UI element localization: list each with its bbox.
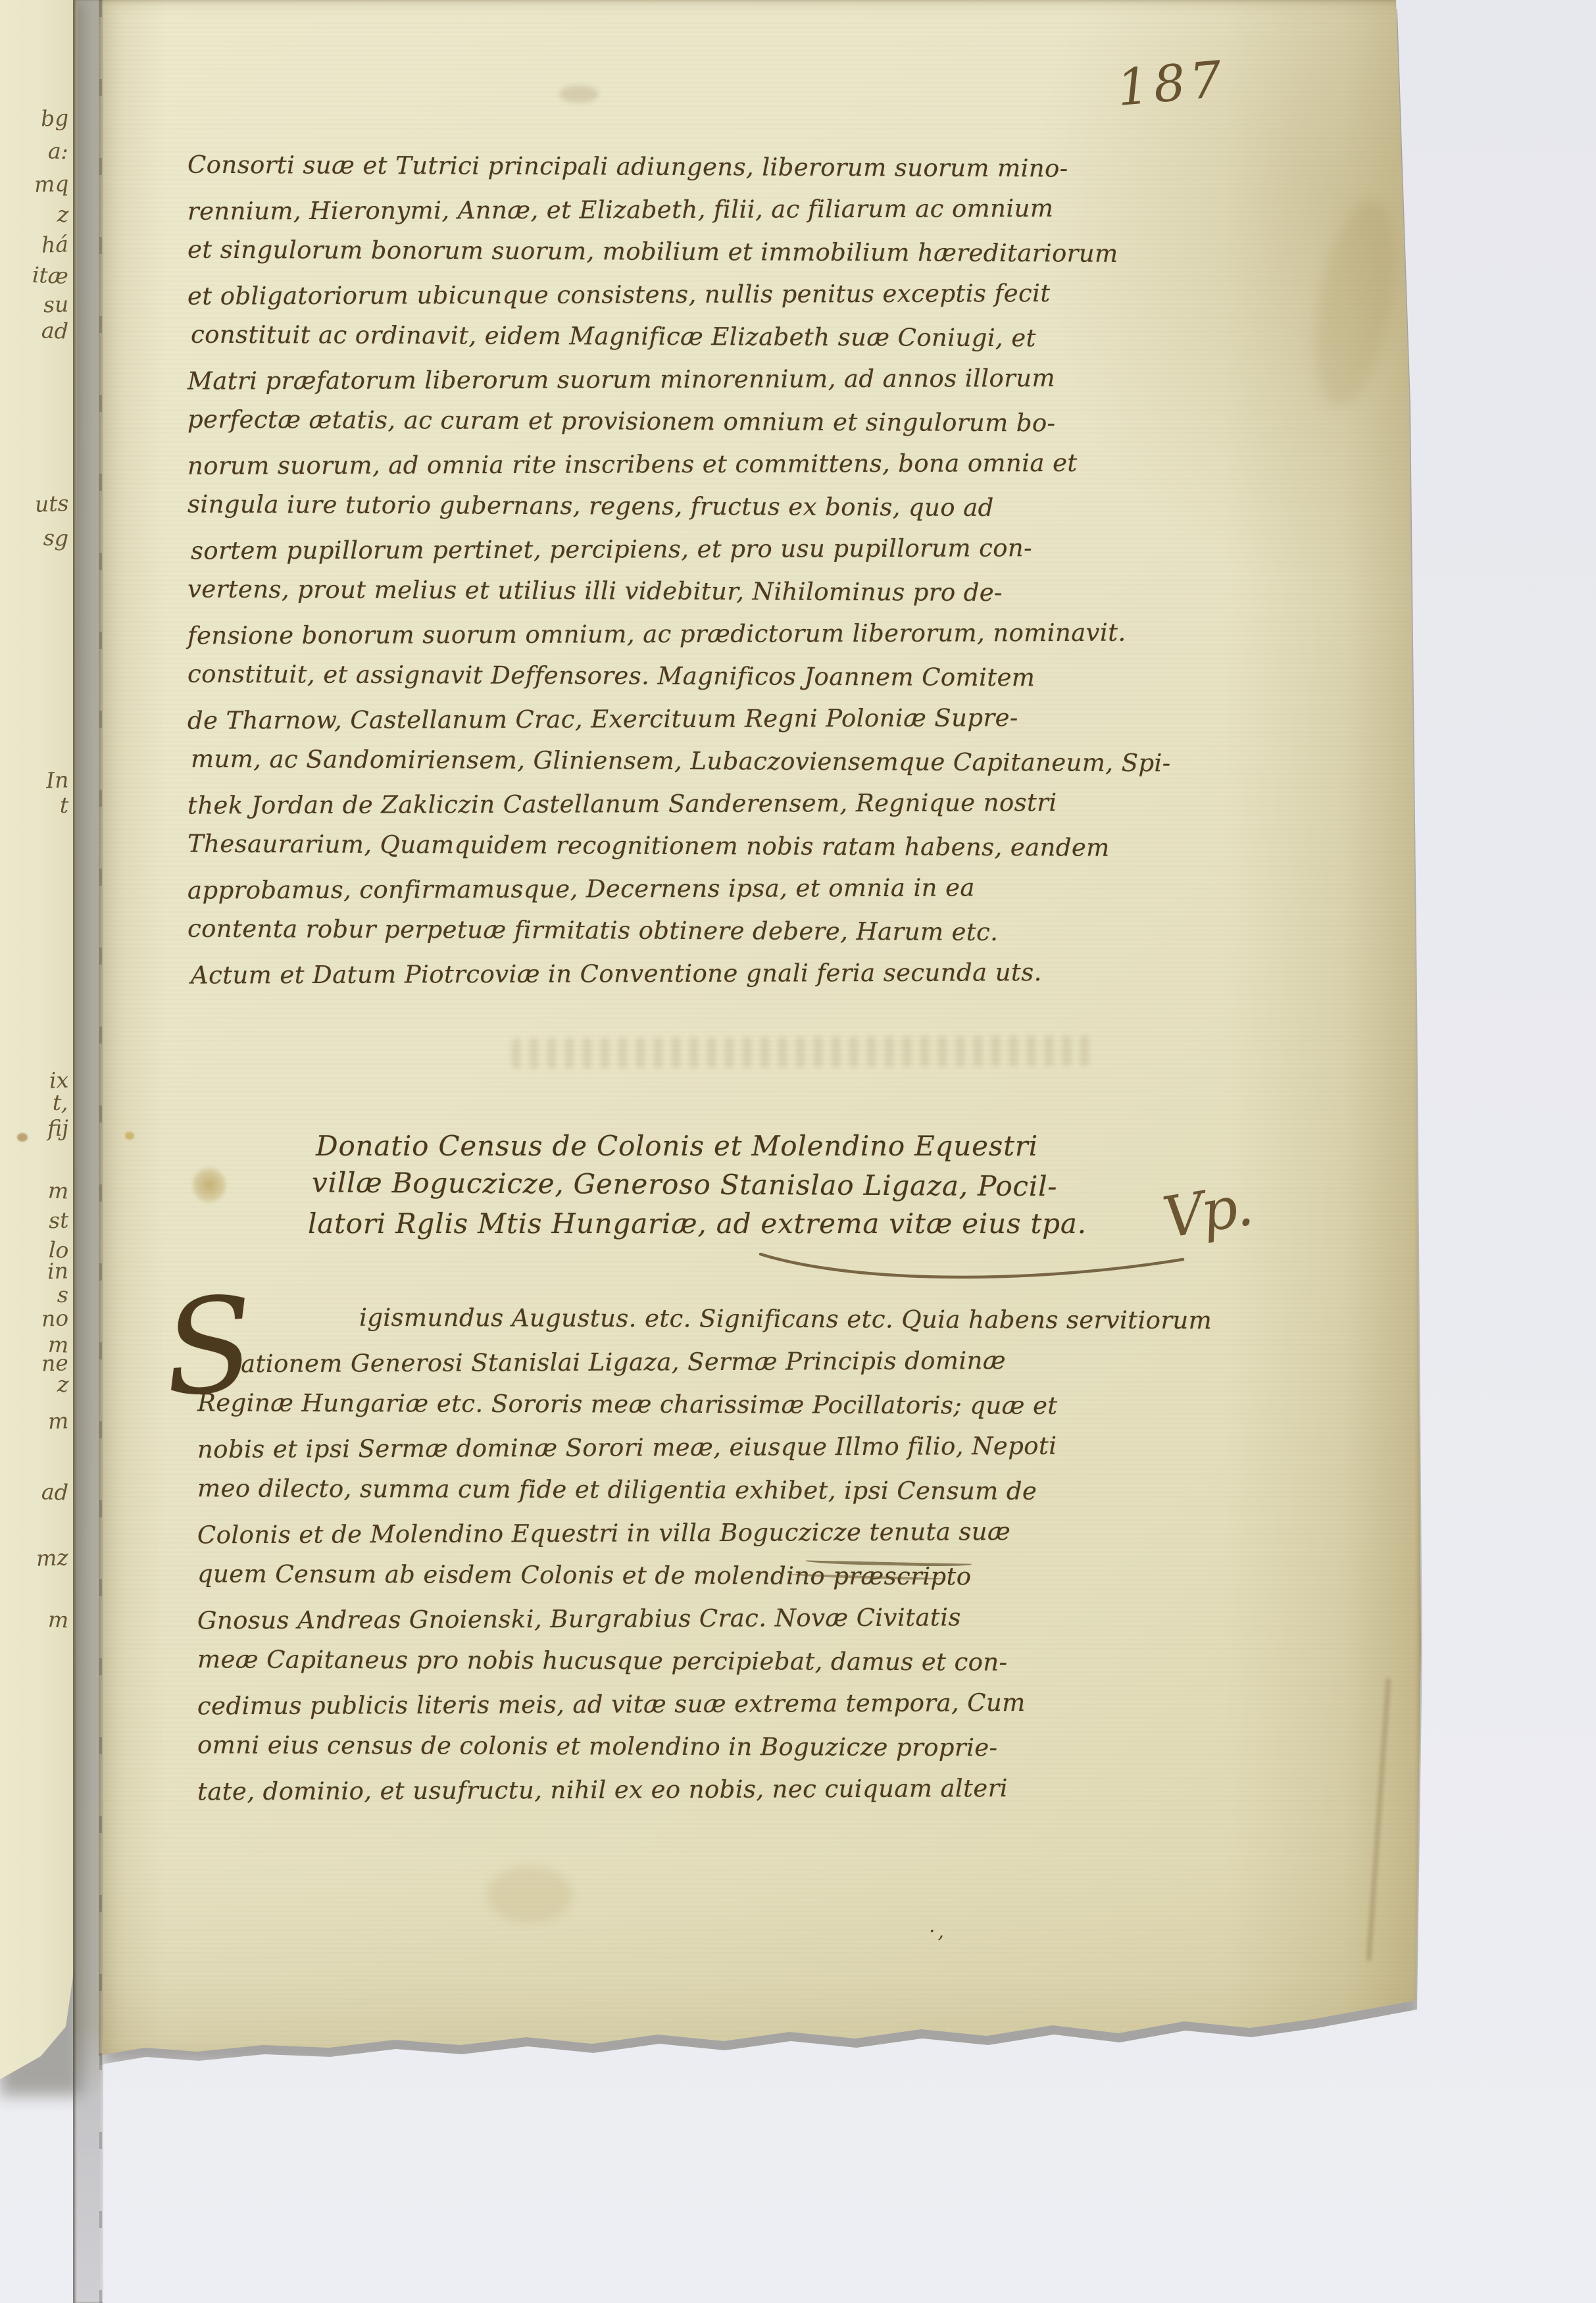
manuscript-line: Actum et Datum Piotrcoviæ in Conventione… [191, 951, 1187, 997]
text-fragment: st [48, 1207, 69, 1233]
heading-line: Donatio Census de Colonis et Molendino E… [316, 1126, 1197, 1165]
heading-line: villæ Boguczicze, Generoso Stanislao Lig… [312, 1163, 1197, 1206]
text-fragment: a: [48, 138, 69, 164]
text-fragment: m [47, 1407, 69, 1434]
manuscript-line: nobis et ipsi Sermæ dominæ Sorori meæ, e… [197, 1424, 1224, 1471]
text-fragment: fij [47, 1115, 69, 1141]
manuscript-line: rennium, Hieronymi, Annæ, et Elizabeth, … [187, 187, 1187, 233]
manuscript-page: 187 Consorti suæ et Tutrici principali a… [99, 0, 1422, 2060]
paragraph-2: igismundus Augustus. etc. Significans et… [197, 1298, 1224, 1811]
folio-number: 187 [1114, 49, 1228, 117]
text-fragment: ad [41, 317, 69, 343]
manuscript-line: cedimus publicis literis meis, ad vitæ s… [197, 1681, 1224, 1728]
text-fragment: su [43, 291, 69, 317]
manuscript-line: et obligatoriorum ubicunque consistens, … [187, 272, 1187, 318]
manuscript-line: et singulorum bonorum suorum, mobilium e… [187, 229, 1187, 276]
manuscript-line: norum suorum, ad omnia rite inscribens e… [187, 442, 1187, 488]
manuscript-line: perfectæ ætatis, ac curam et provisionem… [187, 399, 1187, 445]
text-fragment: t [59, 792, 69, 818]
manuscript-line: tate, dominio, et usufructu, nihil ex eo… [197, 1766, 1224, 1813]
manuscript-line: Thesaurarium, Quamquidem recognitionem n… [187, 823, 1187, 870]
stain-spot [125, 1132, 134, 1140]
scanned-manuscript-scene: bga:mqzháitæsuadutssgIntixt,fijmstloinsn… [0, 0, 1596, 2303]
paragraph-1: Consorti suæ et Tutrici principali adiun… [187, 146, 1187, 995]
manuscript-line: constituit ac ordinavit, eidem Magnificæ… [191, 314, 1187, 361]
manuscript-line: sortem pupillorum pertinet, percipiens, … [191, 526, 1187, 572]
corner-toning [1301, 193, 1409, 413]
margin-annotation: Vp. [1159, 1173, 1255, 1251]
manuscript-line: constituit, et assignavit Deffensores. M… [187, 653, 1187, 700]
manuscript-line: Colonis et de Molendino Equestri in vill… [197, 1509, 1224, 1557]
stain-spot [487, 1866, 572, 1923]
ink-showthrough-band [512, 1036, 1097, 1069]
text-fragment: in [47, 1257, 69, 1284]
text-fragment: no [41, 1305, 68, 1331]
text-fragment: m [47, 1177, 69, 1203]
text-fragment: z [57, 1371, 69, 1398]
text-fragment: mq [34, 170, 69, 197]
manuscript-line: Gnosus Andreas Gnoienski, Burgrabius Cra… [197, 1595, 1224, 1642]
gutter-strip [73, 0, 103, 2303]
page-crease [1366, 1678, 1391, 1960]
text-fragment: s [57, 1282, 68, 1308]
stain-spot [17, 1133, 28, 1142]
heading-line: latori Rglis Mtis Hungariæ, ad extrema v… [308, 1204, 1197, 1243]
text-fragment: há [41, 231, 68, 257]
previous-page-edge: bga:mqzháitæsuadutssgIntixt,fijmstloinsn… [0, 0, 80, 2083]
ink-mark: ·, [929, 1920, 947, 1943]
text-fragment: bg [40, 105, 69, 131]
text-fragment: uts [34, 490, 69, 517]
stain-spot [192, 1166, 226, 1204]
manuscript-line: thek Jordan de Zakliczin Castellanum San… [187, 781, 1187, 827]
text-fragment: m [47, 1606, 69, 1632]
text-fragment: In [45, 767, 69, 793]
text-fragment: itæ [32, 262, 68, 289]
text-fragment: t, [53, 1090, 69, 1116]
manuscript-line: singula iure tutorio gubernans, regens, … [187, 484, 1187, 530]
manuscript-line: Reginæ Hungariæ etc. Sororis meæ chariss… [197, 1381, 1224, 1427]
manuscript-line: rationem Generosi Stanislai Ligaza, Serm… [229, 1338, 1224, 1386]
manuscript-line: mum, ac Sandomiriensem, Gliniensem, Luba… [191, 738, 1187, 785]
manuscript-line: approbamus, confirmamusque, Decernens ip… [187, 866, 1187, 912]
manuscript-line: meo dilecto, summa cum fide et diligenti… [197, 1467, 1224, 1513]
manuscript-line: quem Censum ab eisdem Colonis et de mole… [197, 1552, 1224, 1598]
text-fragment: z [57, 201, 69, 228]
heading-underline-swash [757, 1245, 1191, 1291]
manuscript-line: de Tharnow, Castellanum Crac, Exercituum… [187, 696, 1187, 742]
ink-showthrough-spot [559, 86, 599, 103]
manuscript-line: igismundus Augustus. etc. Significans et… [359, 1296, 1224, 1342]
text-fragment: ad [41, 1479, 69, 1505]
manuscript-line: fensione bonorum suorum omnium, ac prædi… [187, 611, 1187, 657]
manuscript-line: vertens, prout melius et utilius illi vi… [187, 569, 1187, 615]
manuscript-line: omni eius census de colonis et molendino… [197, 1723, 1224, 1769]
manuscript-line: contenta robur perpetuæ firmitatis obtin… [187, 908, 1187, 955]
section-heading: Donatio Census de Colonis et Molendino E… [316, 1126, 1197, 1243]
text-fragment: mz [36, 1544, 69, 1571]
manuscript-line: meæ Capitaneus pro nobis hucusque percip… [197, 1638, 1224, 1684]
manuscript-line: Matri præfatorum liberorum suorum minore… [187, 357, 1187, 403]
text-fragment: sg [43, 524, 68, 551]
manuscript-line: Consorti suæ et Tutrici principali adiun… [187, 144, 1187, 191]
